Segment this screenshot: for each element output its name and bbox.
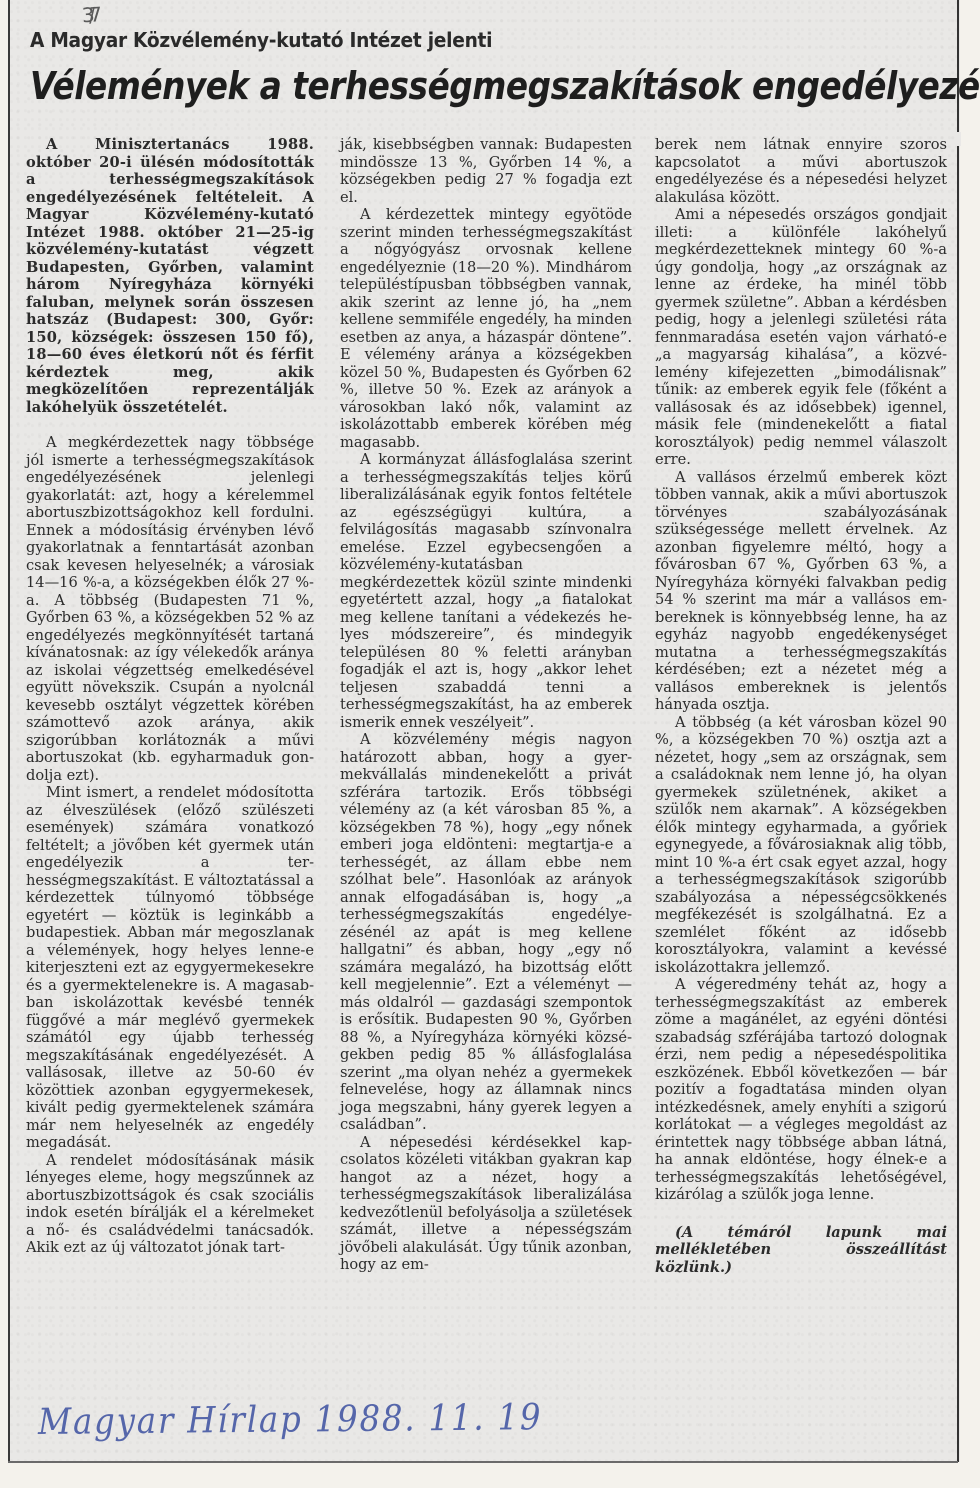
article-kicker: A Magyar Közvélemény-kutató Intézet jele… [30,28,492,52]
article-footnote: (A témáról lapunk mai mellékletében össz… [655,1224,947,1277]
article-paragraph: A megkérdezettek nagy többsége jól ismer… [26,434,314,784]
article-paragraph: A népesedési kérdésekkel kap­csolatos kö… [340,1134,632,1274]
article-column-1: A Minisztertanács 1988. október 20-i ülé… [26,136,314,1257]
clipping-cut-line [8,1461,958,1463]
article-paragraph: A vallásos érzelmű emberek közt többen v… [655,469,947,714]
handwritten-source-note: Magyar Hírlap 1988. 11. 19 [38,1397,543,1443]
article-lead: A Minisztertanács 1988. október 20-i ülé… [26,136,314,416]
article-headline: Vélemények a terhességmegszakítások enge… [30,64,830,108]
article-paragraph: A kérdezettek mintegy egyötö­de szerint … [340,206,632,451]
clipping-right-border [957,0,959,1462]
article-paragraph: Ami a népesedés országos gond­jait illet… [655,206,947,469]
article-column-3: berek nem látnak ennyire szoros kapcsola… [655,136,947,1276]
article-paragraph: A közvélemény mégis nagyon határozott ab… [340,731,632,1134]
article-column-2: ják, kisebbségben vannak: Buda­pesten mi… [340,136,632,1274]
article-paragraph-continued: ják, kisebbségben vannak: Buda­pesten mi… [340,136,632,206]
article-paragraph: A kormányzat állásfoglalása szerint a te… [340,451,632,731]
margin-pencil-mark: 3/7 [81,1,123,32]
article-paragraph: A végeredmény tehát az, hogy a terhesség… [655,976,947,1204]
article-paragraph: A rendelet módosításának má­sik lényeges… [26,1152,314,1257]
article-paragraph: A többség (a két városban kö­zel 90 %, a… [655,714,947,977]
article-paragraph-continued: berek nem látnak ennyire szoros kapcsola… [655,136,947,206]
article-paragraph: Mint ismert, a rendelet módo­sította az … [26,784,314,1152]
border-gap [955,132,961,146]
